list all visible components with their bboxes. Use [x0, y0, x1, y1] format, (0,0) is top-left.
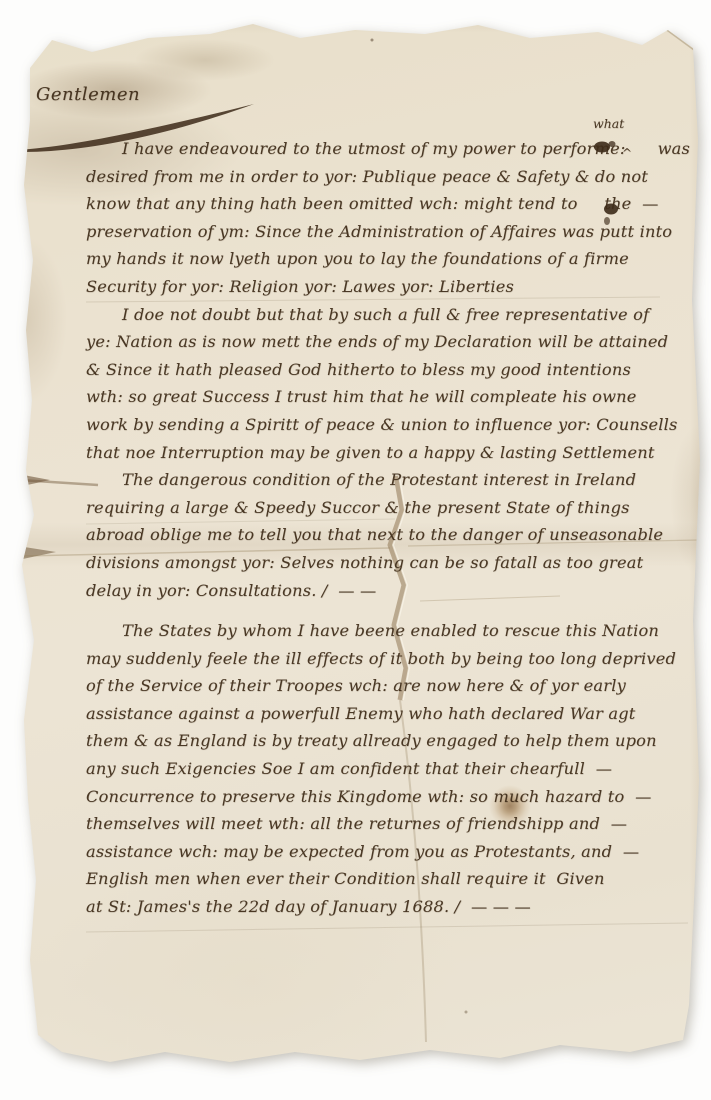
- ink-speck: [465, 1011, 468, 1014]
- letter-line: I have endeavoured to the utmost of my p…: [86, 135, 676, 163]
- letter-line: work by sending a Spiritt of peace & uni…: [86, 411, 676, 439]
- ink-speck: [371, 39, 374, 42]
- letter-line: that noe Interruption may be given to a …: [86, 439, 676, 467]
- paper-shadow: Gentlemen what ^ I have endeavoured to t…: [0, 0, 711, 1100]
- letter-line: Security for yor: Religion yor: Lawes yo…: [86, 273, 676, 301]
- letter-line: may suddenly feele the ill effects of it…: [86, 645, 676, 673]
- letter-line: requiring a large & Speedy Succor & the …: [86, 494, 676, 522]
- letter-line: delay in yor: Consultations. / — —: [86, 577, 676, 605]
- letter-line: them & as England is by treaty allready …: [86, 727, 676, 755]
- letter-line: themselves will meet wth: all the return…: [86, 810, 676, 838]
- left-fold-notch: [18, 474, 50, 487]
- letter-line: my hands it now lyeth upon you to lay th…: [86, 245, 676, 273]
- letter-line: preservation of ym: Since the Administra…: [86, 218, 676, 246]
- letter-line: The States by whom I have beene enabled …: [86, 617, 676, 645]
- letter-line: assistance against a powerfull Enemy who…: [86, 700, 676, 728]
- left-fold-notch: [18, 546, 56, 560]
- letter-line: know that any thing hath been omitted wc…: [86, 190, 676, 218]
- letter-line: wth: so great Success I trust him that h…: [86, 383, 676, 411]
- letter-line: any such Exigencies Soe I am confident t…: [86, 755, 676, 783]
- letter-line: I doe not doubt but that by such a full …: [86, 301, 676, 329]
- scanned-letter: Gentlemen what ^ I have endeavoured to t…: [0, 0, 711, 1100]
- letter-line: English men when ever their Condition sh…: [86, 865, 676, 893]
- salutation: Gentlemen: [36, 84, 140, 105]
- letter-line: Concurrence to preserve this Kingdome wt…: [86, 783, 676, 811]
- letter-body: I have endeavoured to the utmost of my p…: [86, 135, 676, 921]
- letter-line: divisions amongst yor: Selves nothing ca…: [86, 549, 676, 577]
- letter-line: of the Service of their Troopes wch: are…: [86, 672, 676, 700]
- interlinear-insertion: what: [593, 116, 624, 131]
- letter-line: ye: Nation as is now mett the ends of my…: [86, 328, 676, 356]
- letter-line: abroad oblige me to tell you that next t…: [86, 521, 676, 549]
- guide-rule: [86, 923, 688, 932]
- letter-line: at St: James's the 22d day of January 16…: [86, 893, 676, 921]
- letter-line: & Since it hath pleased God hitherto to …: [86, 356, 676, 384]
- letter-line: The dangerous condition of the Protestan…: [86, 466, 676, 494]
- letter-line: assistance wch: may be expected from you…: [86, 838, 676, 866]
- ink-speck: [575, 28, 579, 32]
- letter-paper: Gentlemen what ^ I have endeavoured to t…: [0, 0, 711, 1100]
- corner-crease: [664, 28, 694, 50]
- letter-line: desired from me in order to yor: Publiqu…: [86, 163, 676, 191]
